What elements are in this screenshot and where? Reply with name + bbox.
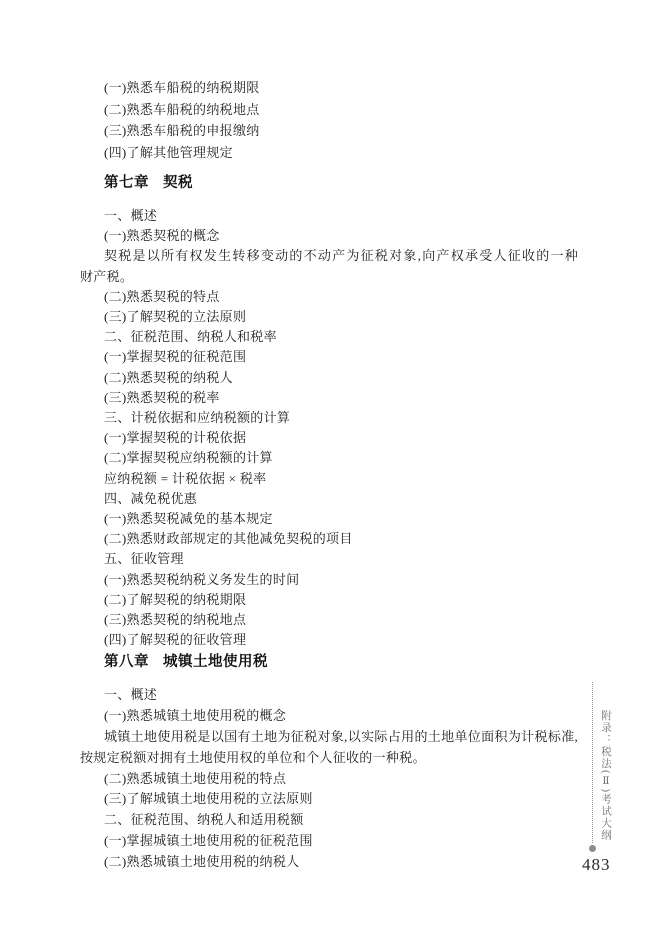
outline-item: (二)熟悉车船税的纳税地点	[80, 99, 578, 121]
outline-item: (二)熟悉城镇土地使用税的纳税人	[80, 852, 578, 873]
document-content: (一)熟悉车船税的纳税期限 (二)熟悉车船税的纳税地点 (三)熟悉车船税的申报缴…	[80, 77, 578, 873]
outline-item: (三)熟悉契税的税率	[80, 388, 578, 408]
bullet-dot-icon	[589, 845, 596, 852]
page-number: 483	[582, 855, 611, 875]
section-deed-tax: 一、概述 (一)熟悉契税的概念 契税是以所有权发生转移变动的不动产为征税对象,向…	[80, 206, 578, 650]
paragraph-line: 契税是以所有权发生转移变动的不动产为征税对象,向产权承受人征收的一种	[80, 246, 578, 266]
outline-item: (四)了解其他管理规定	[80, 142, 578, 164]
chapter-7-heading: 第七章契税	[104, 173, 578, 193]
margin-sidebar: 附录：税法(Ⅱ)考试大纲	[592, 682, 622, 882]
outline-item: 二、征税范围、纳税人和税率	[80, 327, 578, 347]
outline-item: (二)掌握契税应纳税额的计算	[80, 448, 578, 468]
outline-item: (二)了解契税的纳税期限	[80, 590, 578, 610]
outline-item: 五、征收管理	[80, 549, 578, 569]
outline-item: (二)熟悉契税的特点	[80, 287, 578, 307]
chapter-title: 城镇土地使用税	[163, 654, 268, 670]
outline-item: (三)熟悉契税的纳税地点	[80, 610, 578, 630]
outline-item: 四、减免税优惠	[80, 489, 578, 509]
outline-item: (四)了解契税的征收管理	[80, 630, 578, 650]
sidebar-label: 附录：税法(Ⅱ)考试大纲	[598, 710, 613, 842]
paragraph-line: 城镇土地使用税是以国有土地为征税对象,以实际占用的土地单位面积为计税标准,	[80, 727, 578, 748]
chapter-title: 契税	[163, 175, 193, 191]
outline-item: (一)掌握城镇土地使用税的征税范围	[80, 831, 578, 852]
outline-item: (三)熟悉车船税的申报缴纳	[80, 120, 578, 142]
outline-item: (三)了解契税的立法原则	[80, 307, 578, 327]
outline-item: 三、计税依据和应纳税额的计算	[80, 408, 578, 428]
section-vehicle-vessel-tax: (一)熟悉车船税的纳税期限 (二)熟悉车船税的纳税地点 (三)熟悉车船税的申报缴…	[80, 77, 578, 163]
page: (一)熟悉车船税的纳税期限 (二)熟悉车船税的纳税地点 (三)熟悉车船税的申报缴…	[0, 0, 655, 935]
outline-item: (二)熟悉契税的纳税人	[80, 368, 578, 388]
outline-item: (一)熟悉车船税的纳税期限	[80, 77, 578, 99]
outline-item: (一)熟悉契税纳税义务发生的时间	[80, 570, 578, 590]
paragraph-line: 按规定税额对拥有土地使用权的单位和个人征收的一种税。	[80, 748, 578, 769]
paragraph-line: 财产税。	[80, 267, 578, 287]
outline-item: (二)熟悉城镇土地使用税的特点	[80, 769, 578, 790]
outline-item: (一)熟悉契税的概念	[80, 226, 578, 246]
chapter-number: 第八章	[104, 654, 149, 670]
outline-item: (一)掌握契税的征税范围	[80, 347, 578, 367]
outline-item: (二)熟悉财政部规定的其他减免契税的项目	[80, 529, 578, 549]
outline-item: (一)掌握契税的计税依据	[80, 428, 578, 448]
outline-item: (一)熟悉契税减免的基本规定	[80, 509, 578, 529]
outline-item: 一、概述	[80, 206, 578, 226]
formula-line: 应纳税额 = 计税依据 × 税率	[80, 469, 578, 489]
section-urban-land-use-tax: 一、概述 (一)熟悉城镇土地使用税的概念 城镇土地使用税是以国有土地为征税对象,…	[80, 685, 578, 872]
outline-item: 一、概述	[80, 685, 578, 706]
outline-item: (一)熟悉城镇土地使用税的概念	[80, 706, 578, 727]
outline-item: (三)了解城镇土地使用税的立法原则	[80, 789, 578, 810]
outline-item: 二、征税范围、纳税人和适用税额	[80, 810, 578, 831]
dotted-rule	[592, 682, 593, 843]
chapter-8-heading: 第八章城镇土地使用税	[104, 652, 578, 672]
chapter-number: 第七章	[104, 175, 149, 191]
